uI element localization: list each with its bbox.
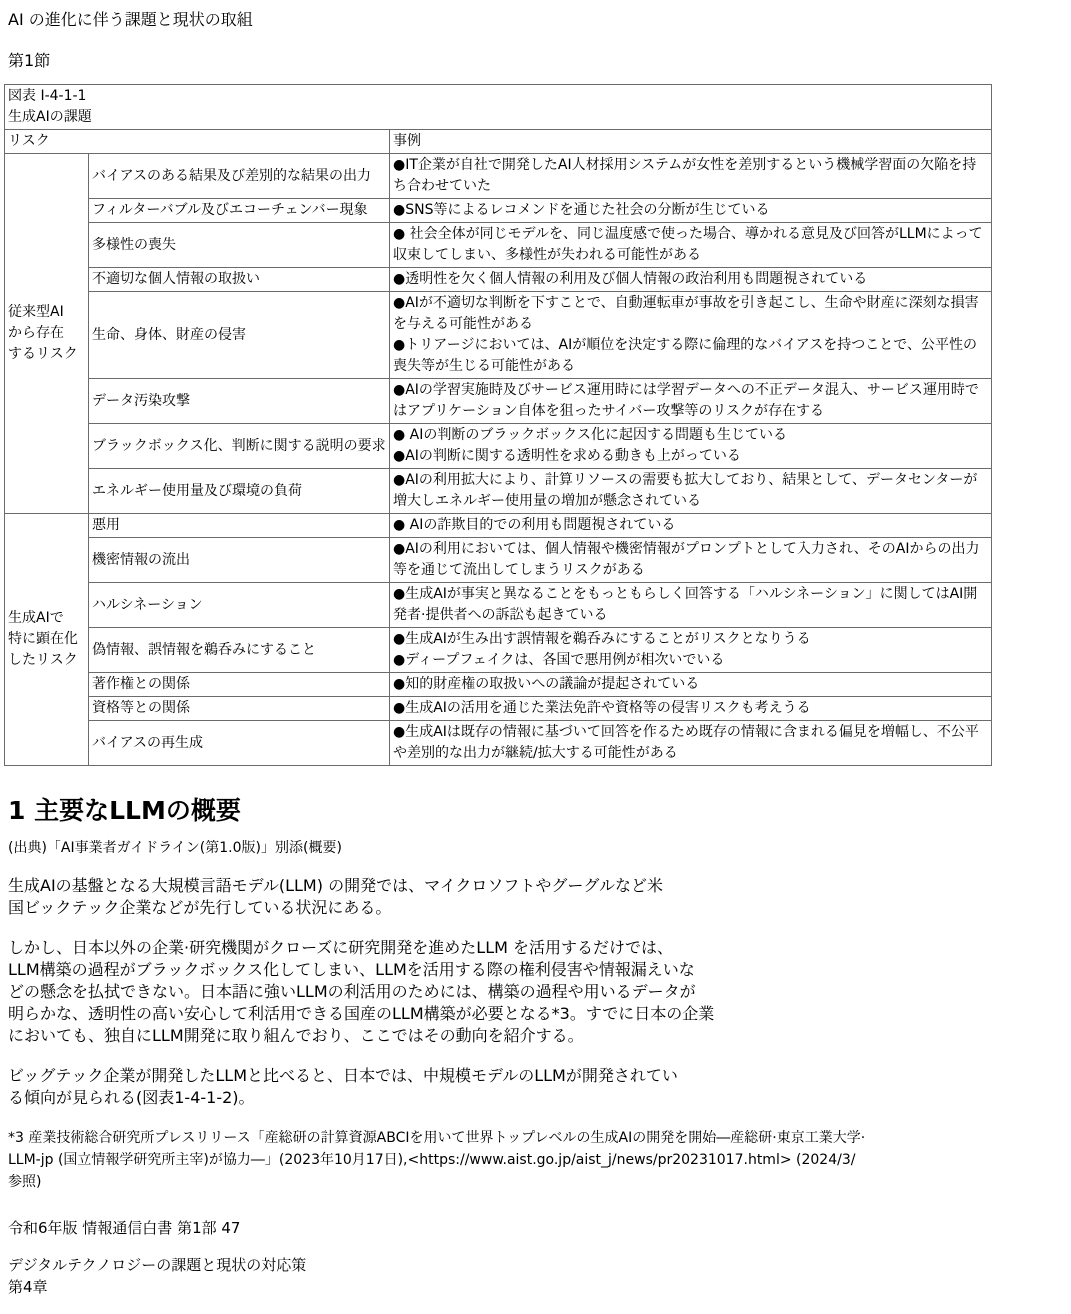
example-cell: ●IT企業が自社で開発したAI人材採用システムが女性を差別するという機械学習面の… [390,154,992,199]
risk-name-cell: 多様性の喪失 [89,223,390,268]
body-paragraph-3: ビッグテック企業が開発したLLMと比べると、日本では、中規模モデルのLLMが開発… [8,1065,1063,1109]
example-cell: ●生成AIが生み出す誤情報を鵜呑みにすることがリスクとなりうる ●ディープフェイ… [390,628,992,673]
table-row: 機密情報の流出 ●AIの利用においては、個人情報や機密情報がプロンプトとして入力… [5,538,992,583]
risk-group-label-conventional: 従来型AI から存在 するリスク [5,154,89,514]
figure-caption: 図表 I-4-1-1 生成AIの課題 [5,85,992,130]
section-label: 第1節 [8,51,1063,70]
table-row: ハルシネーション ●生成AIが事実と異なることをもっともらしく回答する「ハルシネ… [5,583,992,628]
example-cell: ●透明性を欠く個人情報の利用及び個人情報の政治利用も問題視されている [390,268,992,292]
table-row: エネルギー使用量及び環境の負荷 ●AIの利用拡大により、計算リソースの需要も拡大… [5,469,992,514]
risk-name-cell: 著作権との関係 [89,673,390,697]
risk-group-label-generative: 生成AIで 特に顕在化 したリスク [5,514,89,766]
risk-table: 図表 I-4-1-1 生成AIの課題 リスク 事例 従来型AI から存在 するリ… [4,84,992,766]
table-row: 資格等との関係 ●生成AIの活用を通じた業法免許や資格等の侵害リスクも考えうる [5,697,992,721]
table-row: 不適切な個人情報の取扱い ●透明性を欠く個人情報の利用及び個人情報の政治利用も問… [5,268,992,292]
example-cell: ●SNS等によるレコメンドを通じた社会の分断が生じている [390,199,992,223]
example-cell: ●生成AIは既存の情報に基づいて回答を作るため既存の情報に含まれる偏見を増幅し、… [390,721,992,766]
body-paragraph-2: しかし、日本以外の企業·研究機関がクローズに研究開発を進めたLLM を活用するだ… [8,937,1063,1047]
risk-name-cell: バイアスの再生成 [89,721,390,766]
risk-name-cell: データ汚染攻撃 [89,379,390,424]
risk-name-cell: 不適切な個人情報の取扱い [89,268,390,292]
example-cell: ●知的財産権の取扱いへの議論が提起されている [390,673,992,697]
table-row: 多様性の喪失 ● 社会全体が同じモデルを、同じ温度感で使った場合、導かれる意見及… [5,223,992,268]
example-cell: ●AIの学習実施時及びサービス運用時には学習データへの不正データ混入、サービス運… [390,379,992,424]
page-number: 令和6年版 情報通信白書 第1部 47 [8,1219,1063,1238]
table-header-row: リスク 事例 [5,130,992,154]
section-heading: 1 主要なLLMの概要 [8,796,1063,825]
table-row: 著作権との関係 ●知的財産権の取扱いへの議論が提起されている [5,673,992,697]
risk-name-cell: ハルシネーション [89,583,390,628]
risk-name-cell: バイアスのある結果及び差別的な結果の出力 [89,154,390,199]
example-cell: ● 社会全体が同じモデルを、同じ温度感で使った場合、導かれる意見及び回答がLLM… [390,223,992,268]
example-cell: ● AIの判断のブラックボックス化に起因する問題も生じている ●AIの判断に関す… [390,424,992,469]
example-cell: ●AIの利用においては、個人情報や機密情報がプロンプトとして入力され、そのAIか… [390,538,992,583]
table-row: 生命、身体、財産の侵害 ●AIが不適切な判断を下すことで、自動運転車が事故を引き… [5,292,992,379]
example-cell: ●生成AIの活用を通じた業法免許や資格等の侵害リスクも考えうる [390,697,992,721]
footer-chapter: デジタルテクノロジーの課題と現状の対応策 第4章 [8,1254,1063,1298]
risk-name-cell: 資格等との関係 [89,697,390,721]
risk-name-cell: エネルギー使用量及び環境の負荷 [89,469,390,514]
footnote: *3 産業技術総合研究所プレスリリース「産総研の計算資源ABCIを用いて世界トッ… [8,1127,1063,1193]
example-cell: ●AIが不適切な判断を下すことで、自動運転車が事故を引き起こし、生命や財産に深刻… [390,292,992,379]
example-cell: ● AIの詐欺目的での利用も問題視されている [390,514,992,538]
table-row: バイアスの再生成 ●生成AIは既存の情報に基づいて回答を作るため既存の情報に含ま… [5,721,992,766]
table-row: 生成AIで 特に顕在化 したリスク 悪用 ● AIの詐欺目的での利用も問題視され… [5,514,992,538]
risk-name-cell: 偽情報、誤情報を鵜呑みにすること [89,628,390,673]
example-cell: ●生成AIが事実と異なることをもっともらしく回答する「ハルシネーション」に関して… [390,583,992,628]
table-row: フィルターバブル及びエコーチェンバー現象 ●SNS等によるレコメンドを通じた社会… [5,199,992,223]
risk-name-cell: 生命、身体、財産の侵害 [89,292,390,379]
source-note: (出典)「AI事業者ガイドライン(第1.0版)」別添(概要) [8,839,1063,857]
column-header-risk: リスク [5,130,390,154]
column-header-example: 事例 [390,130,992,154]
document-title: AI の進化に伴う課題と現状の取組 [8,10,1063,29]
table-row: データ汚染攻撃 ●AIの学習実施時及びサービス運用時には学習データへの不正データ… [5,379,992,424]
table-row: 偽情報、誤情報を鵜呑みにすること ●生成AIが生み出す誤情報を鵜呑みにすることが… [5,628,992,673]
body-paragraph-1: 生成AIの基盤となる大規模言語モデル(LLM) の開発では、マイクロソフトやグー… [8,875,1063,919]
risk-name-cell: 悪用 [89,514,390,538]
table-row: 従来型AI から存在 するリスク バイアスのある結果及び差別的な結果の出力 ●I… [5,154,992,199]
table-row: ブラックボックス化、判断に関する説明の要求 ● AIの判断のブラックボックス化に… [5,424,992,469]
example-cell: ●AIの利用拡大により、計算リソースの需要も拡大しており、結果として、データセン… [390,469,992,514]
risk-name-cell: フィルターバブル及びエコーチェンバー現象 [89,199,390,223]
risk-name-cell: 機密情報の流出 [89,538,390,583]
table-caption-row: 図表 I-4-1-1 生成AIの課題 [5,85,992,130]
risk-name-cell: ブラックボックス化、判断に関する説明の要求 [89,424,390,469]
